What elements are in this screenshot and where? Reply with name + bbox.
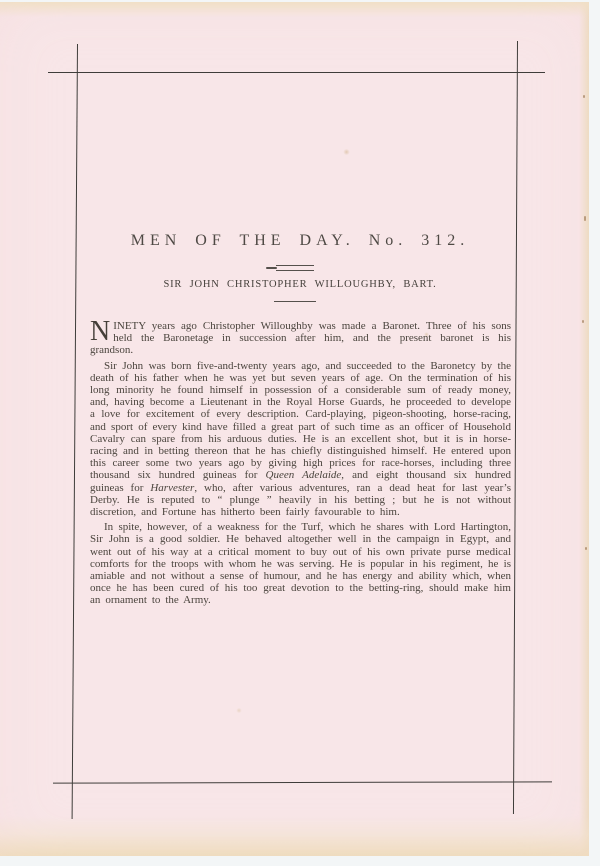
double-rule-ornament [276,265,314,271]
series-title: MEN OF THE DAY. No. 312. [85,232,515,250]
frame-rule-left [72,44,78,819]
paragraph-2: Sir John was born five-and-twenty years … [90,360,511,519]
drop-cap: N [90,321,110,343]
edge-speck [582,320,584,323]
frame-rule-right [513,41,518,814]
edge-speck [583,95,585,98]
edge-speck [585,547,587,550]
scan-background: MEN OF THE DAY. No. 312. SIR JOHN CHRIST… [0,0,600,866]
article-body: NINETY years ago Christopher Willoughby … [90,320,511,607]
foxing-spot [343,149,350,155]
article-title: SIR JOHN CHRISTOPHER WILLOUGHBY, BART. [85,279,515,290]
paper-page: MEN OF THE DAY. No. 312. SIR JOHN CHRIST… [0,2,589,856]
paragraph-1: NINETY years ago Christopher Willoughby … [90,320,511,357]
paragraph-3: In spite, however, of a weakness for the… [90,521,511,606]
frame-rule-bottom [53,781,552,783]
paragraph-1-text: INETY years ago Christopher Willoughby w… [90,320,511,356]
foxing-spot [236,708,242,713]
single-rule-ornament [274,301,316,302]
edge-speck [584,216,586,221]
frame-rule-top [48,72,545,73]
